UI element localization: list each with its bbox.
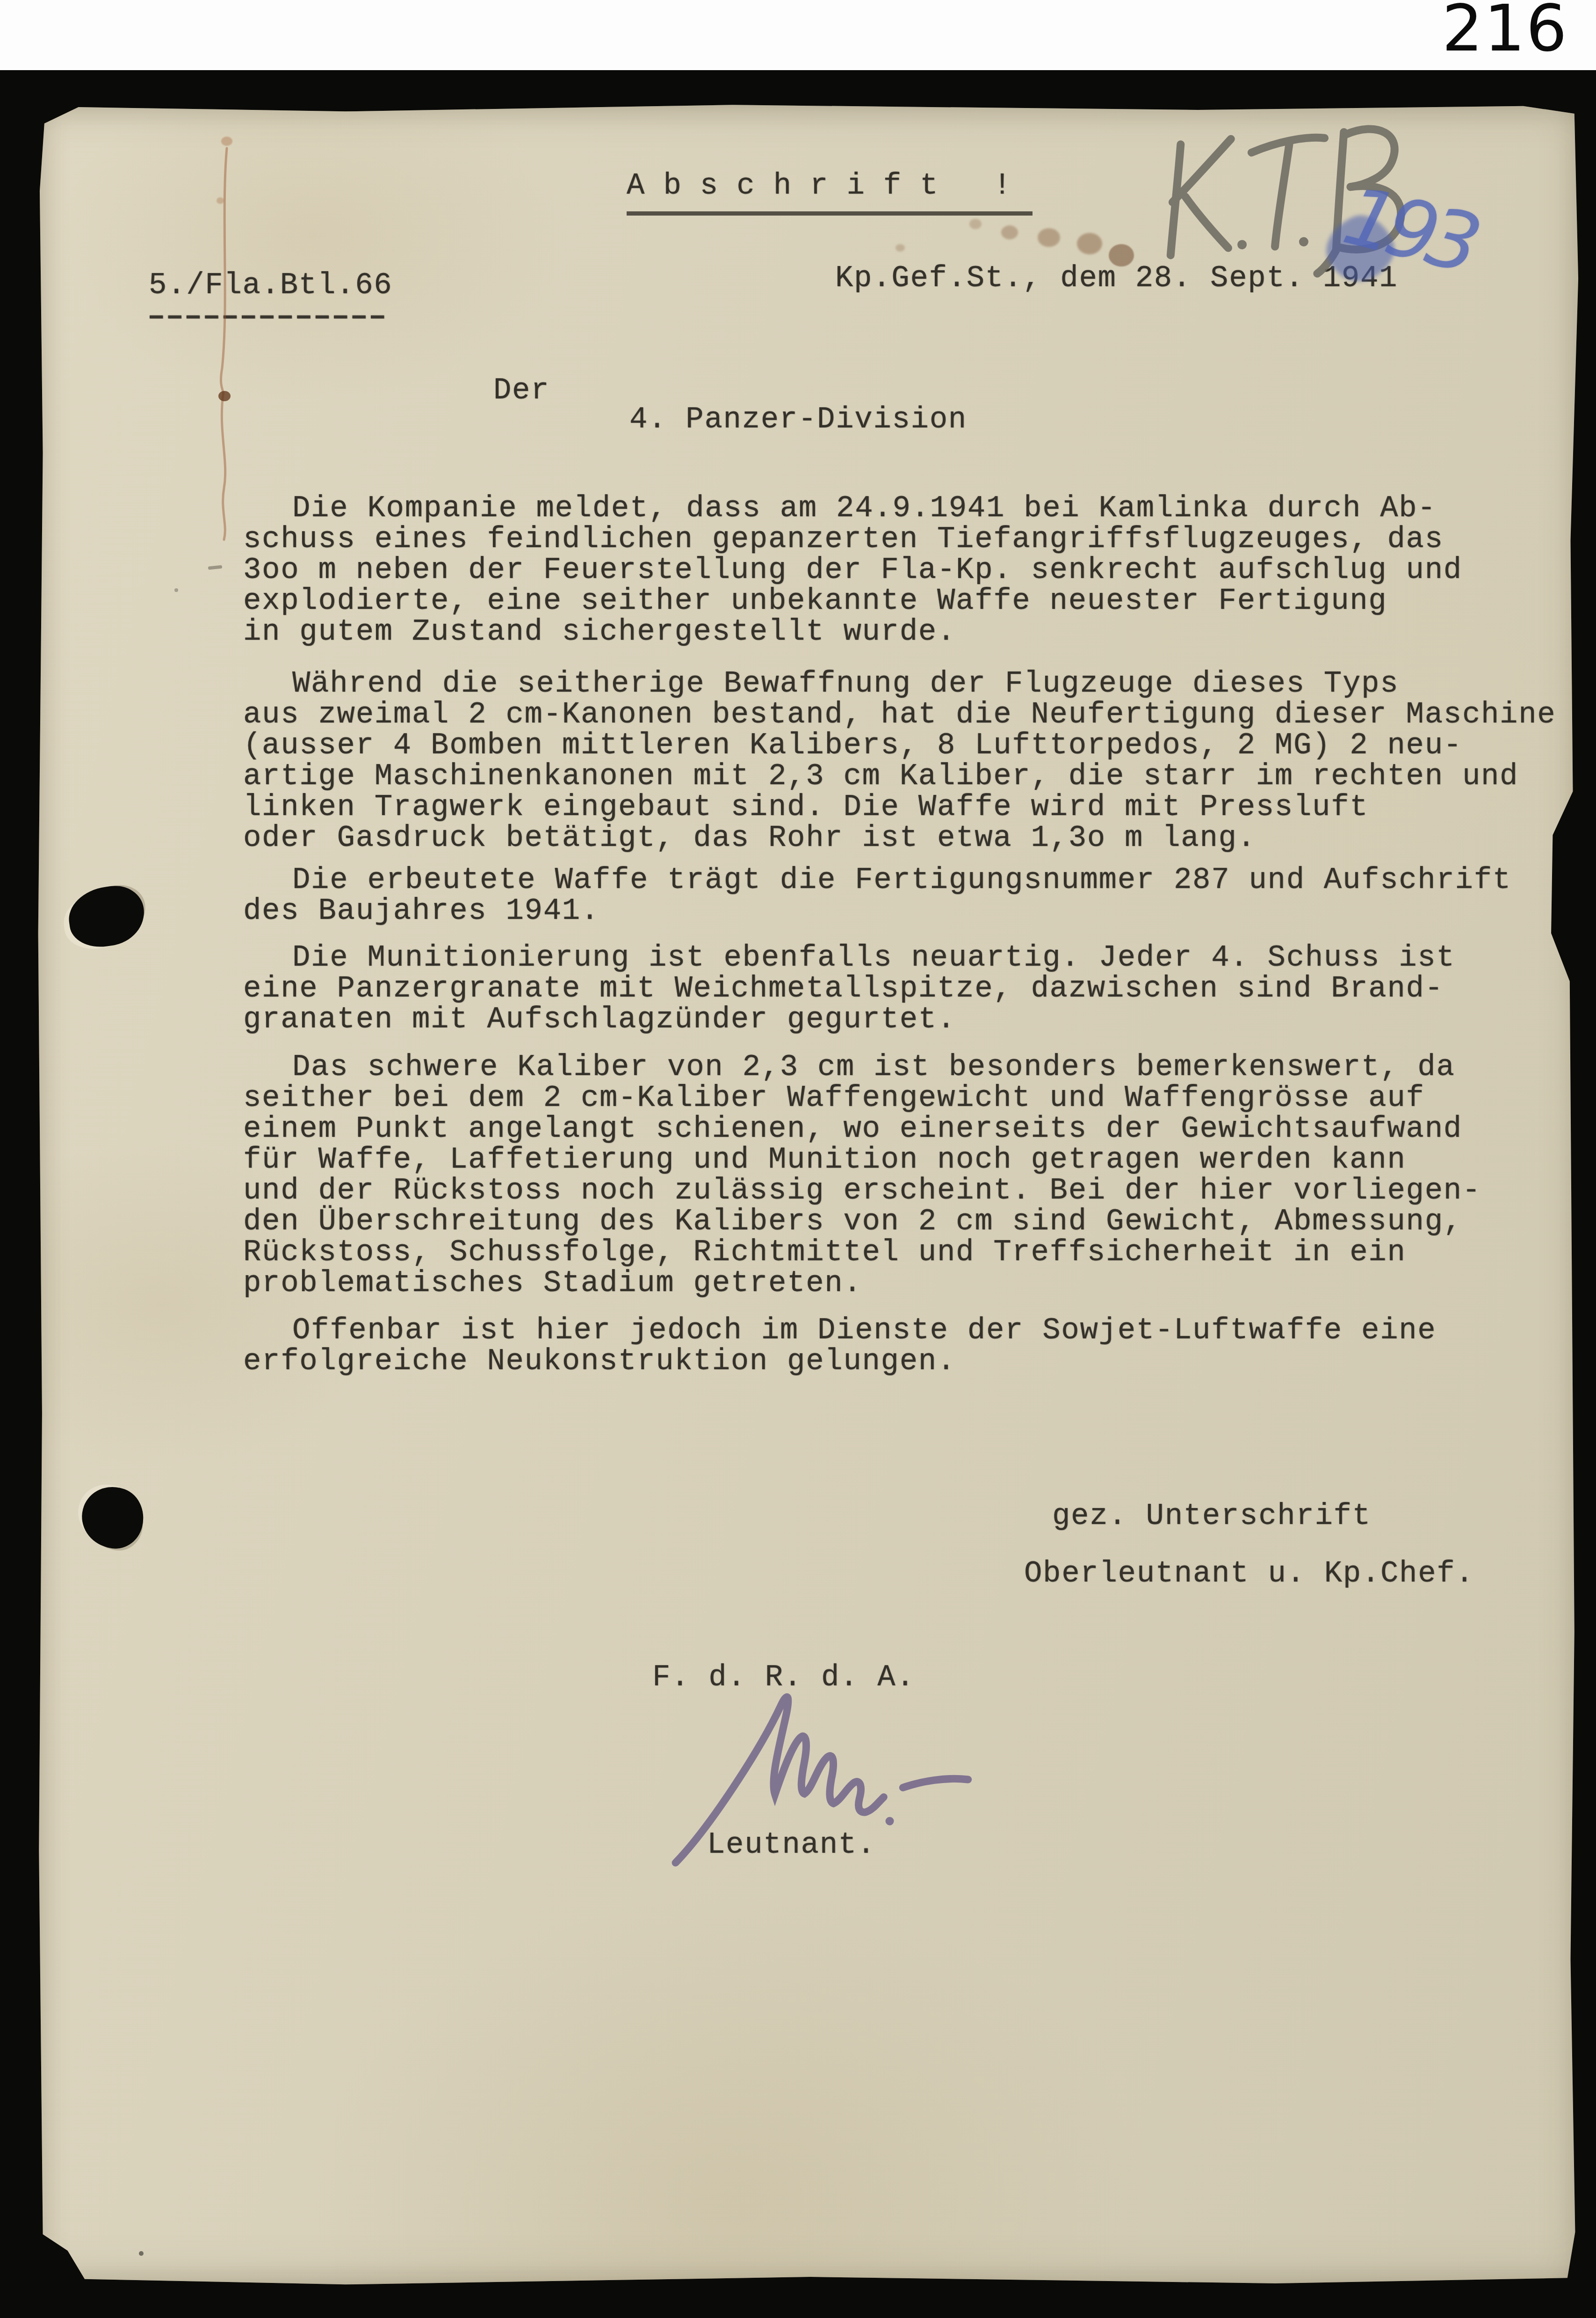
- stain-speck: [139, 2251, 144, 2256]
- text-line: in gutem Zustand sichergestellt wurde.: [243, 617, 1585, 648]
- text-line: artige Maschinenkanonen mit 2,3 cm Kalib…: [243, 761, 1585, 792]
- paragraph-4: Die Munitionierung ist ebenfalls neuarti…: [243, 943, 1585, 1035]
- text-line: des Baujahres 1941.: [243, 896, 1585, 927]
- text-line: einem Punkt angelangt schienen, wo einer…: [243, 1114, 1585, 1145]
- text-line: Das schwere Kaliber von 2,3 cm ist beson…: [292, 1052, 1585, 1083]
- text-line: für Waffe, Laffetierung und Munition noc…: [243, 1145, 1585, 1176]
- text-line: problematisches Stadium getreten.: [243, 1268, 1585, 1299]
- text-line: Die Kompanie meldet, dass am 24.9.1941 b…: [292, 493, 1585, 524]
- unit-designation: 5./Fla.Btl.66: [149, 269, 392, 303]
- document-heading: Abschrift !: [627, 169, 1033, 216]
- stain-spot: [218, 391, 231, 401]
- stain-spot: [969, 219, 982, 229]
- text-line: oder Gasdruck betätigt, das Rohr ist etw…: [243, 823, 1585, 854]
- page-number: 216: [1442, 0, 1568, 66]
- punch-hole: [75, 1480, 150, 1554]
- text-line: eine Panzergranate mit Weichmetallspitze…: [243, 974, 1585, 1004]
- stain-speck: [174, 588, 178, 592]
- text-line: und der Rückstoss noch zulässig erschein…: [243, 1176, 1585, 1206]
- text-line: Offenbar ist hier jedoch im Dienste der …: [292, 1315, 1585, 1346]
- text-line: (ausser 4 Bomben mittleren Kalibers, 8 L…: [243, 730, 1585, 761]
- stain-spot: [1109, 244, 1134, 267]
- text-line: seither bei dem 2 cm-Kaliber Waffengewic…: [243, 1083, 1585, 1114]
- scanned-page: 216 Abschrift ! 5./Fla.Btl.66 ––––––––––…: [0, 0, 1596, 2318]
- punch-hole: [65, 882, 148, 951]
- text-line: Während die seitherige Bewaffnung der Fl…: [292, 669, 1585, 700]
- text-line: Die Munitionierung ist ebenfalls neuarti…: [292, 943, 1585, 974]
- paragraph-6: Offenbar ist hier jedoch im Dienste der …: [243, 1315, 1585, 1377]
- paragraph-1: Die Kompanie meldet, dass am 24.9.1941 b…: [243, 493, 1585, 648]
- unit-underline: –––––––––––––: [147, 300, 387, 334]
- recipient-line-1: Der: [493, 374, 549, 408]
- text-line: den Überschreitung des Kalibers von 2 cm…: [243, 1206, 1585, 1237]
- stain-spot: [217, 197, 224, 204]
- scan-margin-top: 216: [0, 0, 1596, 70]
- text-line: schuss eines feindlichen gepanzerten Tie…: [243, 524, 1585, 555]
- document-paper: Abschrift ! 5./Fla.Btl.66 ––––––––––––– …: [35, 104, 1585, 2287]
- text-line: 3oo m neben der Feuerstellung der Fla-Kp…: [243, 555, 1585, 586]
- text-line: Rückstoss, Schussfolge, Richtmittel und …: [243, 1237, 1585, 1268]
- pencil-margin-mark: [208, 565, 223, 570]
- paragraph-5: Das schwere Kaliber von 2,3 cm ist beson…: [243, 1052, 1585, 1299]
- signed-name-line: gez. Unterschrift: [1052, 1500, 1371, 1533]
- recipient-line-2: 4. Panzer-Division: [629, 403, 967, 437]
- stain-spot: [1001, 225, 1018, 239]
- stain-spot: [1038, 228, 1060, 247]
- stain-spot: [895, 244, 905, 252]
- text-line: Die erbeutete Waffe trägt die Fertigungs…: [292, 865, 1585, 896]
- text-line: aus zweimal 2 cm-Kanonen bestand, hat di…: [243, 700, 1585, 730]
- stain-spot: [221, 137, 232, 146]
- stain-spot: [1077, 233, 1102, 254]
- text-line: erfolgreiche Neukonstruktion gelungen.: [243, 1346, 1585, 1377]
- signer-title-line: Leutnant.: [707, 1828, 876, 1862]
- text-line: linken Tragwerk eingebaut sind. Die Waff…: [243, 792, 1585, 823]
- paragraph-3: Die erbeutete Waffe trägt die Fertigungs…: [243, 865, 1585, 927]
- text-line: explodierte, eine seither unbekannte Waf…: [243, 586, 1585, 617]
- signer-rank-line: Oberleutnant u. Kp.Chef.: [1024, 1557, 1474, 1591]
- paragraph-2: Während die seitherige Bewaffnung der Fl…: [243, 669, 1585, 854]
- text-line: granaten mit Aufschlagzünder gegurtet.: [243, 1004, 1585, 1035]
